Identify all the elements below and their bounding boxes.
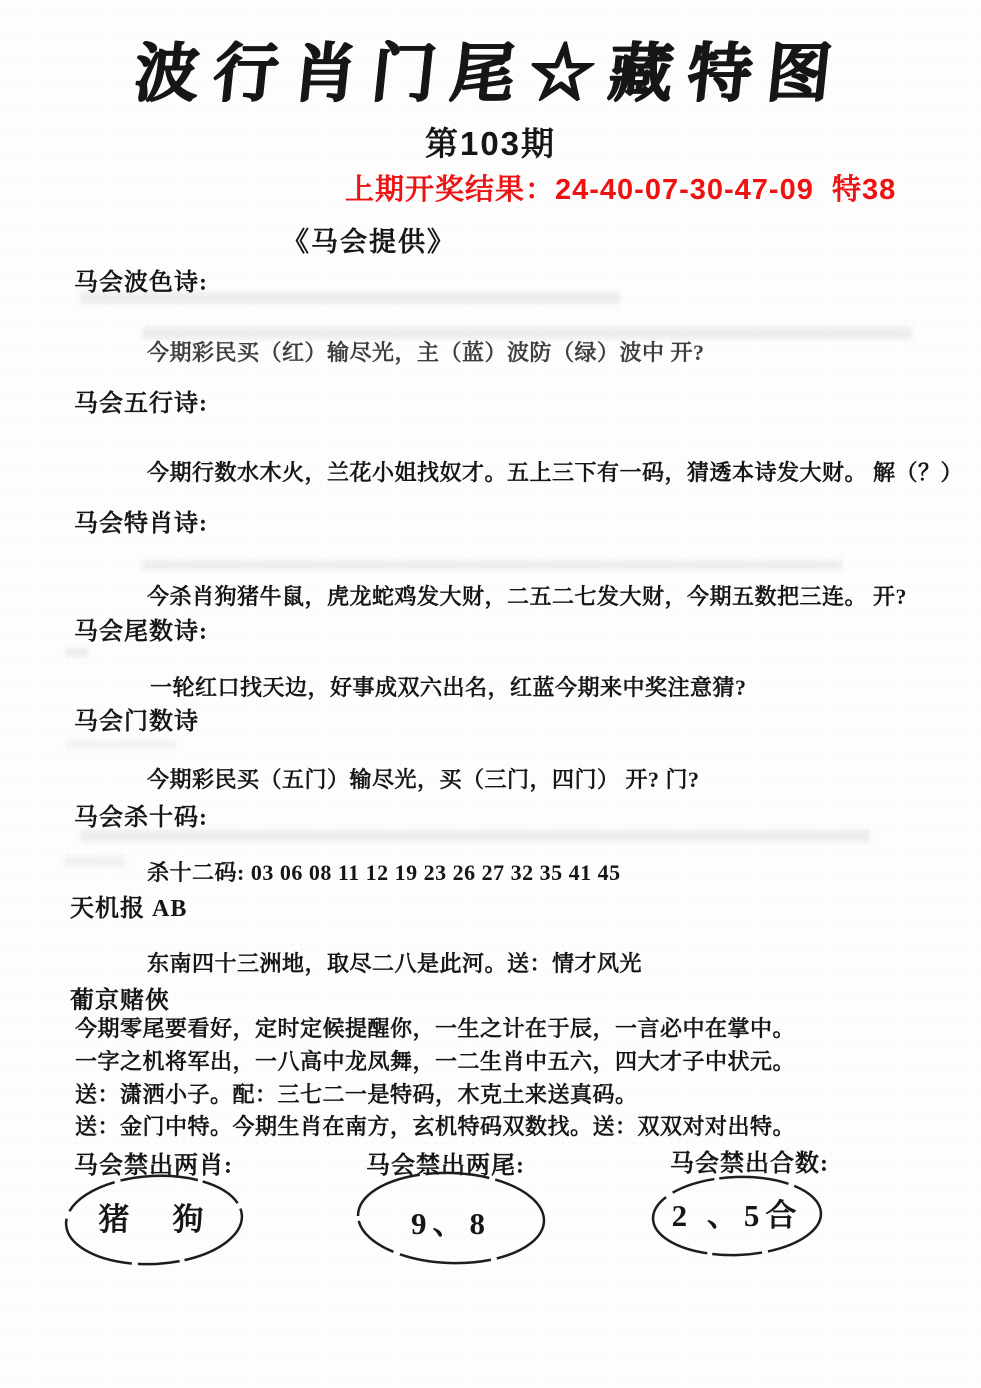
- forbidden-sum-value: 2 、5合: [648, 1190, 826, 1235]
- poem-wuxing: 今期行数水木火，兰花小姐找奴才。五上三下有一码，猜透本诗发大财。 解（？）: [147, 456, 963, 487]
- faded-print-artifact: [66, 740, 176, 749]
- section-label-menshu: 马会门数诗: [74, 701, 199, 736]
- provider-note: 《马会提供》: [282, 220, 456, 259]
- previous-draw-result: 上期开奖结果：24-40-07-30-47-09 特38: [345, 167, 896, 208]
- section-label-shashima: 马会杀十码:: [74, 797, 208, 832]
- poem-weishu: 一轮红口找天边，好事成双六出名，红蓝今期来中奖注意猜?: [150, 671, 747, 702]
- section-label-pujing: 葡京赌俠: [70, 980, 170, 1015]
- poem-tianjibao: 东南四十三洲地，取尽二八是此河。送：情才风光: [147, 947, 642, 978]
- poem-texiao: 今杀肖狗猪牛鼠，虎龙蛇鸡发大财，二五二七发大财，今期五数把三连。 开?: [147, 580, 907, 611]
- faded-print-artifact: [142, 560, 842, 570]
- section-label-weishu: 马会尾数诗:: [74, 611, 208, 646]
- page-title: 波行肖门尾☆藏特图: [0, 22, 981, 114]
- document-page: 波行肖门尾☆藏特图 第103期 上期开奖结果：24-40-07-30-47-09…: [0, 0, 981, 1388]
- forbidden-tails-value: 9、8: [352, 1198, 550, 1243]
- section-label-texiao: 马会特肖诗:: [74, 503, 208, 538]
- poem-menshu: 今期彩民买（五门）输尽光，买（三门，四门） 开? 门?: [147, 763, 700, 794]
- faded-print-artifact: [64, 856, 126, 867]
- faded-print-artifact: [66, 648, 88, 657]
- pujing-line-4: 送：金门中特。今期生肖在南方，玄机特码双数找。送：双双对对出特。: [75, 1110, 795, 1141]
- issue-number: 第103期: [0, 118, 981, 165]
- poem-kill-codes: 杀十二码: 03 06 08 11 12 19 23 26 27 32 35 4…: [147, 856, 621, 887]
- pujing-line-3: 送：潇洒小子。配：三七二一是特码，木克土来送真码。: [75, 1078, 638, 1109]
- section-label-bose: 马会波色诗:: [74, 262, 208, 297]
- forbidden-zodiac-value: 猪 狗: [60, 1194, 248, 1239]
- section-label-tianjibao: 天机报 AB: [70, 888, 187, 923]
- section-label-wuxing: 马会五行诗:: [74, 383, 208, 418]
- pujing-line-2: 一字之机将军出，一八高中龙凤舞，一二生肖中五六，四大才子中状元。: [75, 1045, 795, 1076]
- pujing-line-1: 今期零尾要看好，定时定候提醒你，一生之计在于辰，一言必中在掌中。: [75, 1012, 795, 1043]
- poem-bose: 今期彩民买（红）输尽光，主（蓝）波防（绿）波中 开?: [147, 336, 705, 367]
